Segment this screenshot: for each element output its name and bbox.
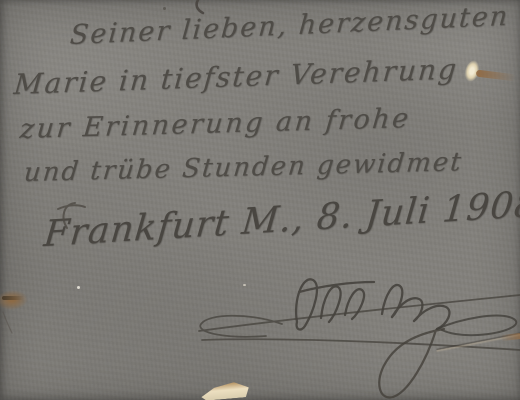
signature-descender-loop <box>379 329 444 398</box>
paper-speck <box>243 284 246 286</box>
paper-speck <box>77 286 80 289</box>
handwritten-dedication-scan: Seiner lieben, herzensguten Marie in tie… <box>0 0 520 400</box>
left-edge-scratch <box>3 312 12 333</box>
paper-tear-left <box>0 289 29 311</box>
paper-tear-left-core <box>2 296 24 300</box>
paper-speck <box>163 7 166 10</box>
cut-off-stroke-top <box>197 0 203 13</box>
stray-pen-mark <box>58 203 85 228</box>
